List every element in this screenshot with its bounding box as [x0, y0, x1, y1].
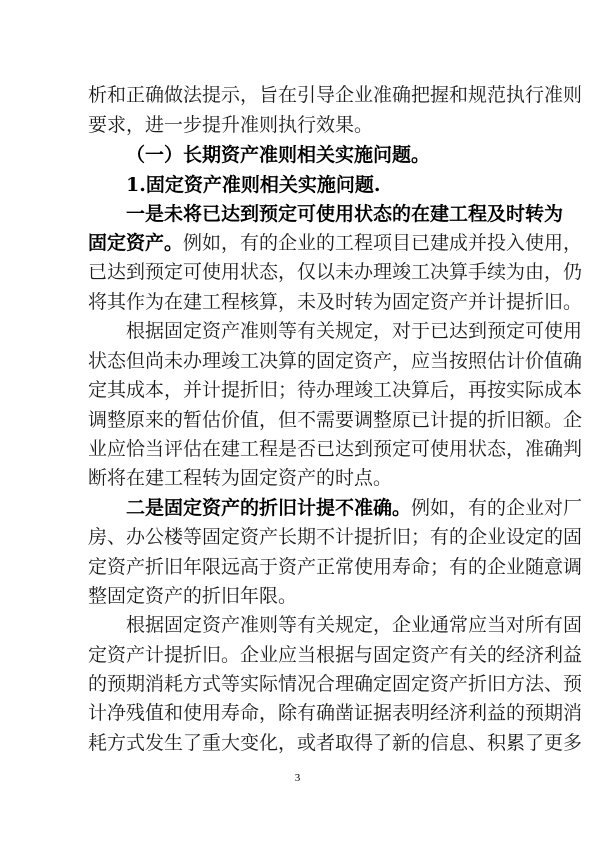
bold-text: 1.固定资产准则相关实施问题. [126, 174, 380, 196]
body-text-segment: 定资产计提折旧。企业应当根据与固定资产有关的经济利益 [88, 644, 582, 666]
text-line: 析和正确做法提示，旨在引导企业准确把握和规范执行准则 [88, 80, 512, 110]
text-line: 1.固定资产准则相关实施问题. [126, 170, 512, 200]
text-line: （一）长期资产准则相关实施问题。 [126, 140, 512, 170]
text-line: 状态但尚未办理竣工决算的固定资产，应当按照估计价值确 [88, 346, 512, 376]
body-text-segment: 根据固定资产准则等有关规定，对于已达到预定可使用 [126, 320, 582, 342]
text-line: 已达到预定可使用状态，仅以未办理竣工决算手续为由，仍 [88, 257, 512, 287]
body-text-segment: 房、办公楼等固定资产长期不计提折旧；有的企业设定的固 [88, 526, 582, 548]
body-text-segment: 例如，有的企业的工程项目已建成并投入使用， [183, 232, 582, 254]
text-line: 固定资产。例如，有的企业的工程项目已建成并投入使用， [88, 228, 512, 258]
body-text-segment: 将其作为在建工程核算，未及时转为固定资产并计提折旧。 [88, 291, 582, 313]
body-text-segment: 断将在建工程转为固定资产的时点。 [88, 467, 392, 489]
text-line: 断将在建工程转为固定资产的时点。 [88, 463, 512, 493]
body-text-segment: 调整原来的暂估价值，但不需要调整原已计提的折旧额。企 [88, 409, 582, 431]
text-line: 将其作为在建工程核算，未及时转为固定资产并计提折旧。 [88, 287, 512, 317]
document-page: 析和正确做法提示，旨在引导企业准确把握和规范执行准则要求，进一步提升准则执行效果… [0, 0, 595, 841]
body-text-segment: 根据固定资产准则等有关规定，企业通常应当对所有固 [126, 614, 582, 636]
body-text-segment: 整固定资产的折旧年限。 [88, 585, 297, 607]
text-line: 二是固定资产的折旧计提不准确。例如，有的企业对厂 [126, 493, 512, 523]
text-line: 整固定资产的折旧年限。 [88, 581, 512, 611]
text-line: 根据固定资产准则等有关规定，对于已达到预定可使用 [126, 316, 512, 346]
body-text-segment: 析和正确做法提示，旨在引导企业准确把握和规范执行准则 [88, 84, 582, 106]
text-line: 计净残值和使用寿命，除有确凿证据表明经济利益的预期消 [88, 698, 512, 728]
body-text-segment: 要求，进一步提升准则执行效果。 [88, 114, 373, 136]
text-line: 要求，进一步提升准则执行效果。 [88, 110, 512, 140]
body-text-segment: 的预期消耗方式等实际情况合理确定固定资产折旧方法、预 [88, 673, 582, 695]
body-text-segment: 定其成本，并计提折旧；待办理竣工决算后，再按实际成本 [88, 379, 582, 401]
text-line: 一是未将已达到预定可使用状态的在建工程及时转为 [126, 199, 512, 229]
body-text-segment: 业应恰当评估在建工程是否已达到预定可使用状态，准确判 [88, 438, 582, 460]
body-text-segment: 计净残值和使用寿命，除有确凿证据表明经济利益的预期消 [88, 702, 582, 724]
bold-text: 固定资产。 [88, 232, 183, 254]
body-text-segment: 已达到预定可使用状态，仅以未办理竣工决算手续为由，仍 [88, 261, 582, 283]
body-text-segment: 耗方式发生了重大变化，或者取得了新的信息、积累了更多 [88, 732, 582, 754]
text-line: 耗方式发生了重大变化，或者取得了新的信息、积累了更多 [88, 728, 512, 758]
page-number: 3 [0, 772, 595, 784]
text-line: 房、办公楼等固定资产长期不计提折旧；有的企业设定的固 [88, 522, 512, 552]
text-line: 业应恰当评估在建工程是否已达到预定可使用状态，准确判 [88, 434, 512, 464]
body-text-segment: 例如，有的企业对厂 [411, 497, 582, 519]
body-text-segment: 定资产折旧年限远高于资产正常使用寿命；有的企业随意调 [88, 556, 582, 578]
body-text-segment: 状态但尚未办理竣工决算的固定资产，应当按照估计价值确 [88, 350, 582, 372]
bold-text: 一是未将已达到预定可使用状态的在建工程及时转为 [126, 203, 563, 225]
text-line: 的预期消耗方式等实际情况合理确定固定资产折旧方法、预 [88, 669, 512, 699]
text-line: 定资产折旧年限远高于资产正常使用寿命；有的企业随意调 [88, 552, 512, 582]
text-line: 根据固定资产准则等有关规定，企业通常应当对所有固 [126, 610, 512, 640]
text-line: 定其成本，并计提折旧；待办理竣工决算后，再按实际成本 [88, 375, 512, 405]
text-line: 调整原来的暂估价值，但不需要调整原已计提的折旧额。企 [88, 405, 512, 435]
bold-text: （一）长期资产准则相关实施问题。 [126, 144, 430, 166]
bold-text: 二是固定资产的折旧计提不准确。 [126, 497, 411, 519]
text-line: 定资产计提折旧。企业应当根据与固定资产有关的经济利益 [88, 640, 512, 670]
